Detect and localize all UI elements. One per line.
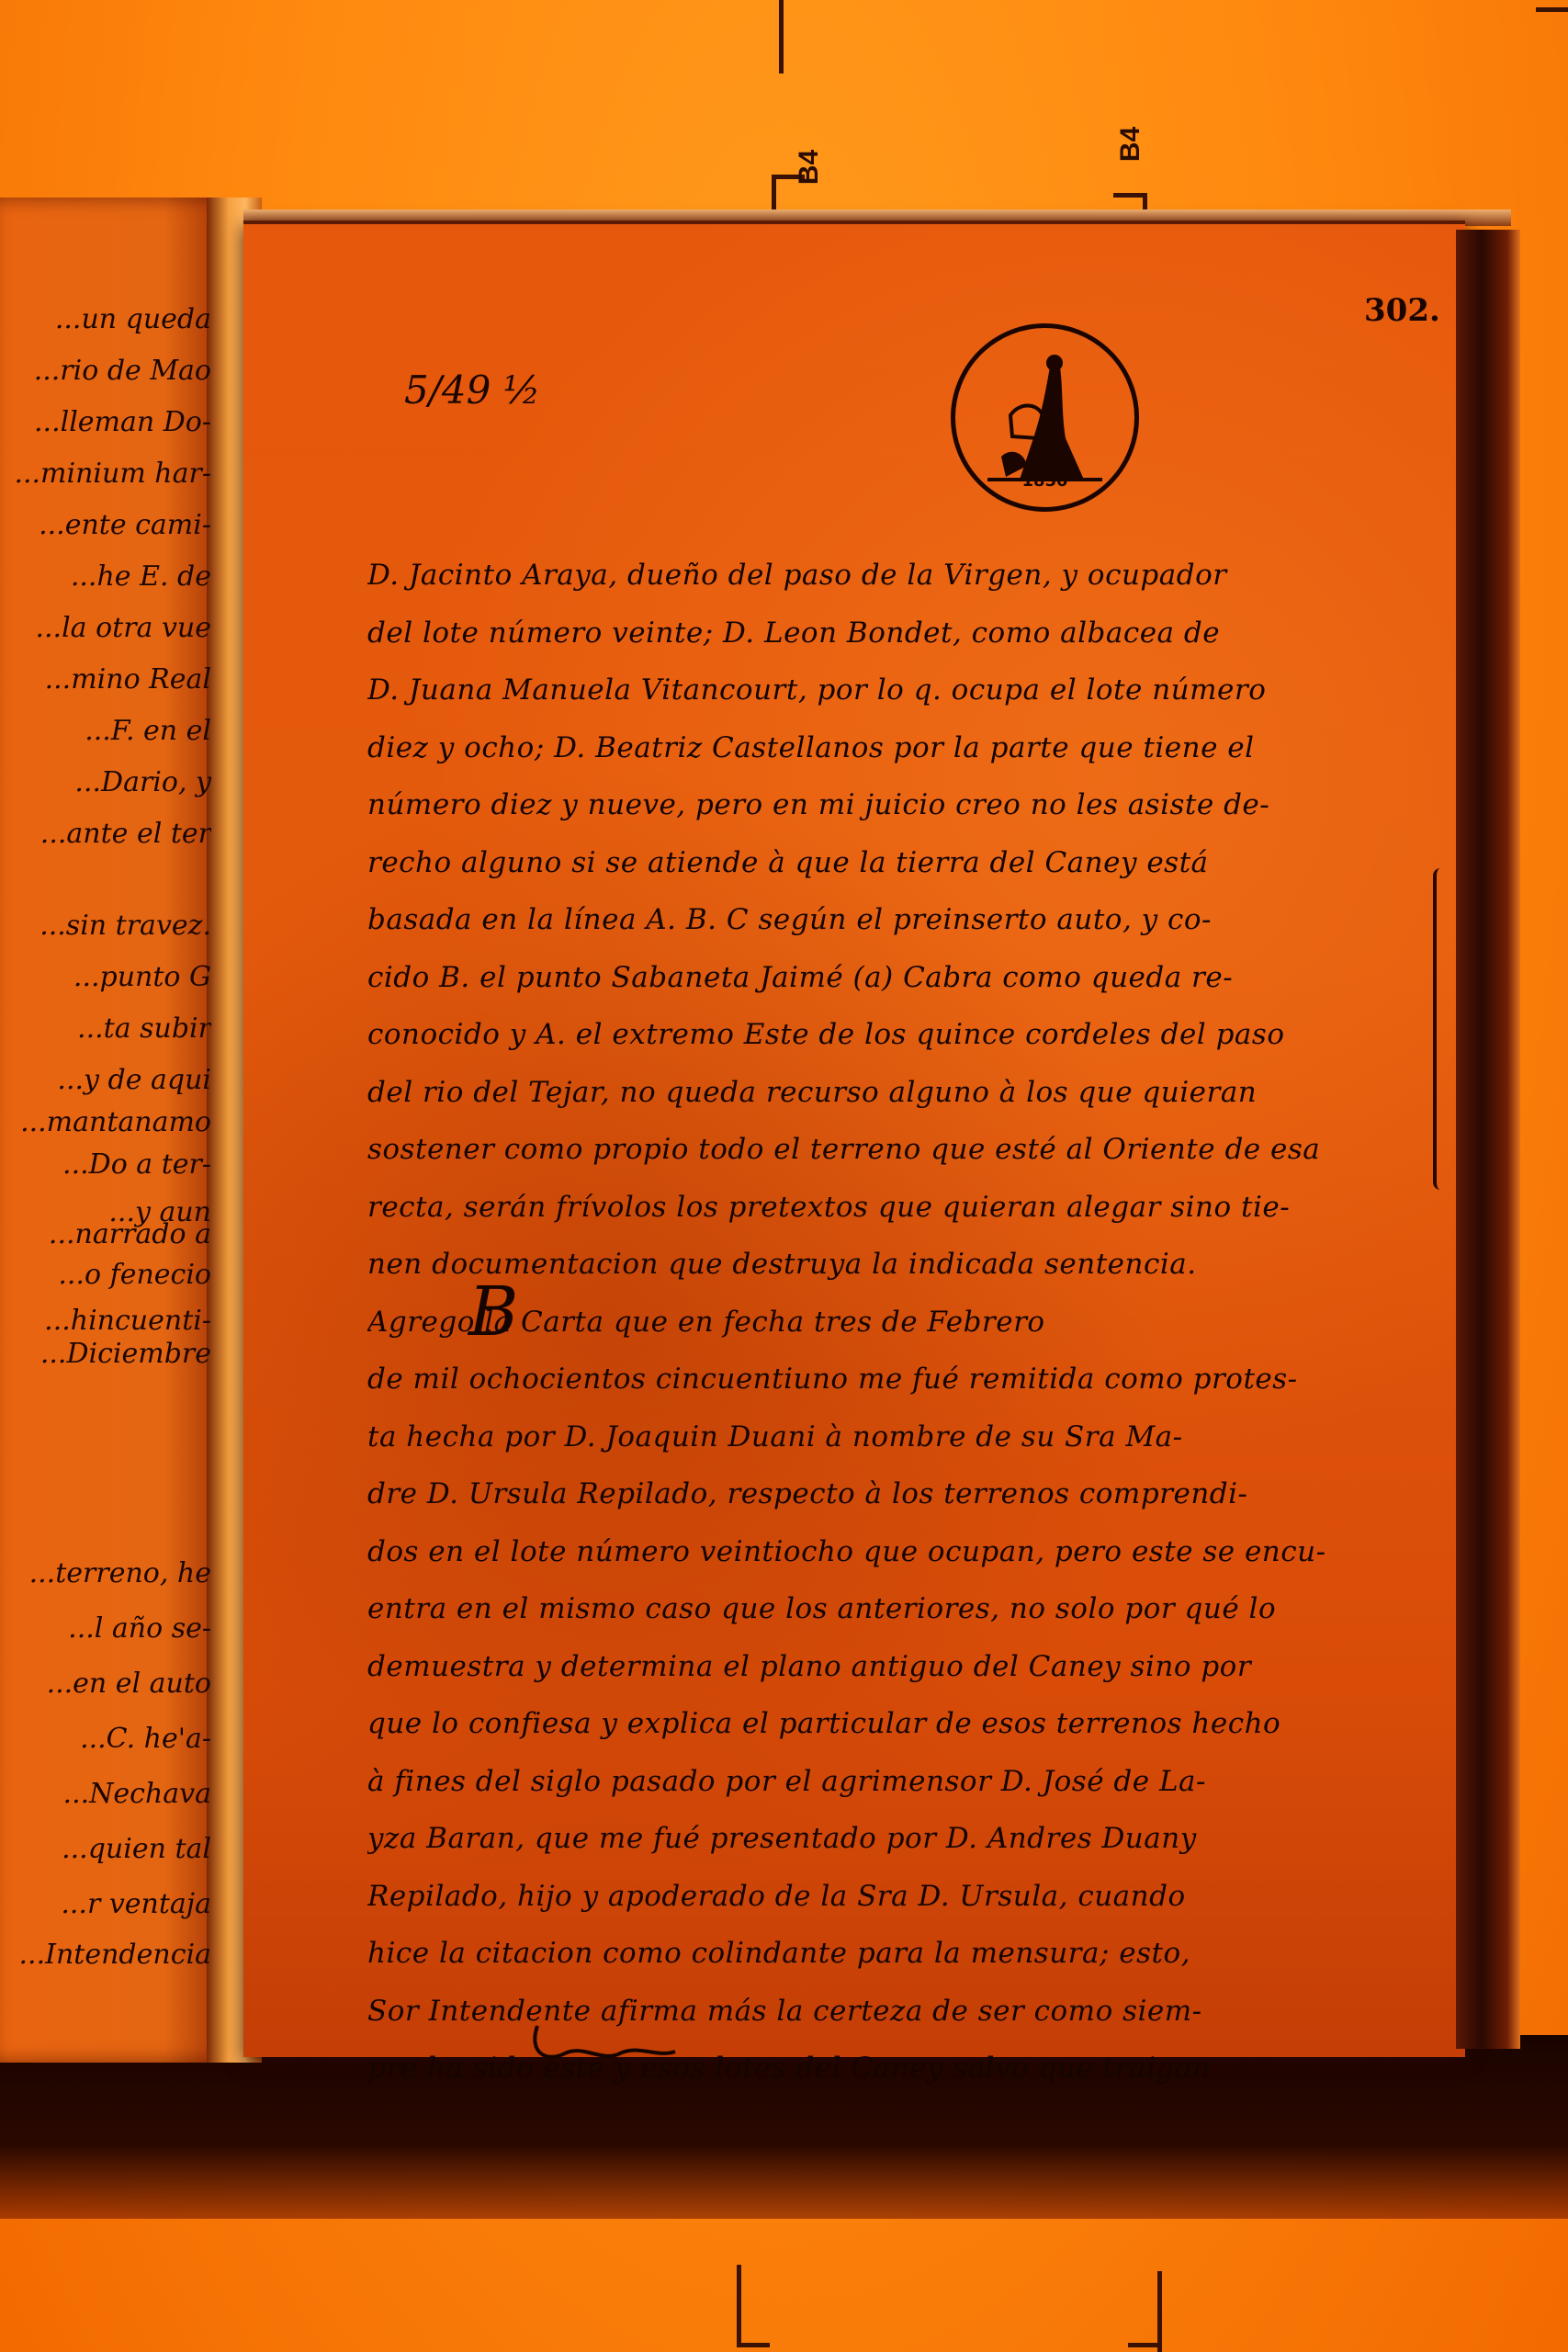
text-line: D. Jacinto Araya, dueño del paso de la V… [367, 547, 1442, 605]
text-line: del rio del Tejar, no queda recurso algu… [367, 1064, 1442, 1122]
text-line: Repilado, hijo y apoderado de la Sra D. … [367, 1868, 1442, 1926]
text-line: demuestra y determina el plano antiguo d… [367, 1638, 1442, 1696]
facing-line: ...ante el ter [0, 818, 211, 850]
facing-line: ...terreno, he [0, 1557, 211, 1589]
facing-line: ...lleman Do- [0, 406, 211, 438]
text-line: de mil ochocientos cincuentiuno me fué r… [367, 1351, 1442, 1408]
facing-line: ...r ventaja [0, 1888, 211, 1920]
text-line: dos en el lote número veintiocho que ocu… [367, 1523, 1442, 1581]
facing-line: ...l año se- [0, 1612, 211, 1645]
text-line: entra en el mismo caso que los anteriore… [367, 1580, 1442, 1638]
registration-mark-top-center [779, 0, 784, 73]
registration-label-top-left: B4 [794, 150, 825, 185]
facing-line: ...mino Real [0, 663, 211, 695]
seal-year: 1850 [955, 471, 1134, 491]
facing-line: ...punto G [0, 961, 211, 993]
text-line: D. Juana Manuela Vitancourt, por lo q. o… [367, 661, 1442, 719]
text-line: basada en la línea A. B. C según el prei… [367, 891, 1442, 949]
facing-line: ...ta subir [0, 1012, 211, 1045]
facing-line: ...en el auto [0, 1668, 211, 1700]
page-stack-right-edge [1456, 230, 1520, 2049]
facing-line: ...hincuenti- [0, 1305, 211, 1337]
facing-line: ...Nechava [0, 1778, 211, 1810]
text-line: que lo confiesa y explica el particular … [367, 1695, 1442, 1753]
text-line: conocido y A. el extremo Este de los qui… [367, 1006, 1442, 1064]
facing-line: ...Diciembre [0, 1338, 211, 1370]
facing-line: ...quien tal [0, 1833, 211, 1865]
registration-corner-bottom-right-arm [1128, 2343, 1161, 2347]
facing-line: ...y de aqui [0, 1064, 211, 1096]
text-line: yza Baran, que me fué presentado por D. … [367, 1810, 1442, 1868]
facing-line: ...un queda [0, 303, 211, 335]
reference-note: 5/49 ½ [404, 367, 540, 413]
facing-line: ...Dario, y [0, 766, 211, 798]
facing-line: ...C. he'a- [0, 1723, 211, 1755]
text-line: hice la citacion como colindante para la… [367, 1925, 1442, 1983]
text-line: sostener como propio todo el terreno que… [367, 1121, 1442, 1179]
facing-line: ...o fenecio [0, 1259, 211, 1291]
facing-line: ...rio de Mao [0, 355, 211, 387]
facing-line: ...Do a ter- [0, 1148, 211, 1181]
closing-flourish-icon [528, 2017, 730, 2072]
registration-corner-top-right-arm [1113, 193, 1146, 198]
facing-line: ...Intendencia [0, 1939, 211, 1971]
text-line: à fines del siglo pasado por el agrimens… [367, 1753, 1442, 1811]
facing-line: ...F. en el [0, 715, 211, 747]
text-line: dre D. Ursula Repilado, respecto à los t… [367, 1465, 1442, 1523]
text-line: del lote número veinte; D. Leon Bondet, … [367, 605, 1442, 662]
text-line: Agrego la Carta que en fecha tres de Feb… [367, 1294, 1442, 1351]
facing-line: ...minium har- [0, 458, 211, 490]
registration-corner-bottom-right [1157, 2271, 1162, 2352]
manuscript-text: D. Jacinto Araya, dueño del paso de la V… [367, 547, 1442, 2098]
registration-corner-bottom-left-arm [737, 2343, 770, 2347]
facing-line: ...ente cami- [0, 509, 211, 541]
registration-mark-top-right [1536, 7, 1568, 12]
folio-number: 302. [1364, 292, 1440, 329]
text-line: número diez y nueve, pero en mi juicio c… [367, 776, 1442, 834]
text-line: ta hecha por D. Joaquin Duani à nombre d… [367, 1408, 1442, 1466]
text-line: cido B. el punto Sabaneta Jaimé (a) Cabr… [367, 949, 1442, 1007]
facing-line: ...la otra vue [0, 612, 211, 644]
text-line: diez y ocho; D. Beatriz Castellanos por … [367, 719, 1442, 777]
text-line: recta, serán frívolos los pretextos que … [367, 1179, 1442, 1237]
registration-corner-top-left [772, 175, 776, 213]
facing-line: ...narrado a [0, 1218, 211, 1250]
facing-line: ...sin travez. [0, 910, 211, 942]
text-line: nen documentacion que destruya la indica… [367, 1236, 1442, 1294]
facing-line: ...he E. de [0, 560, 211, 593]
text-line: recho alguno si se atiende à que la tier… [367, 834, 1442, 892]
seal-stamp: 1850 [951, 323, 1139, 512]
facing-line: ...mantanamo [0, 1106, 211, 1138]
registration-label-top-right: B4 [1115, 127, 1146, 162]
registration-corner-bottom-left [737, 2265, 741, 2347]
